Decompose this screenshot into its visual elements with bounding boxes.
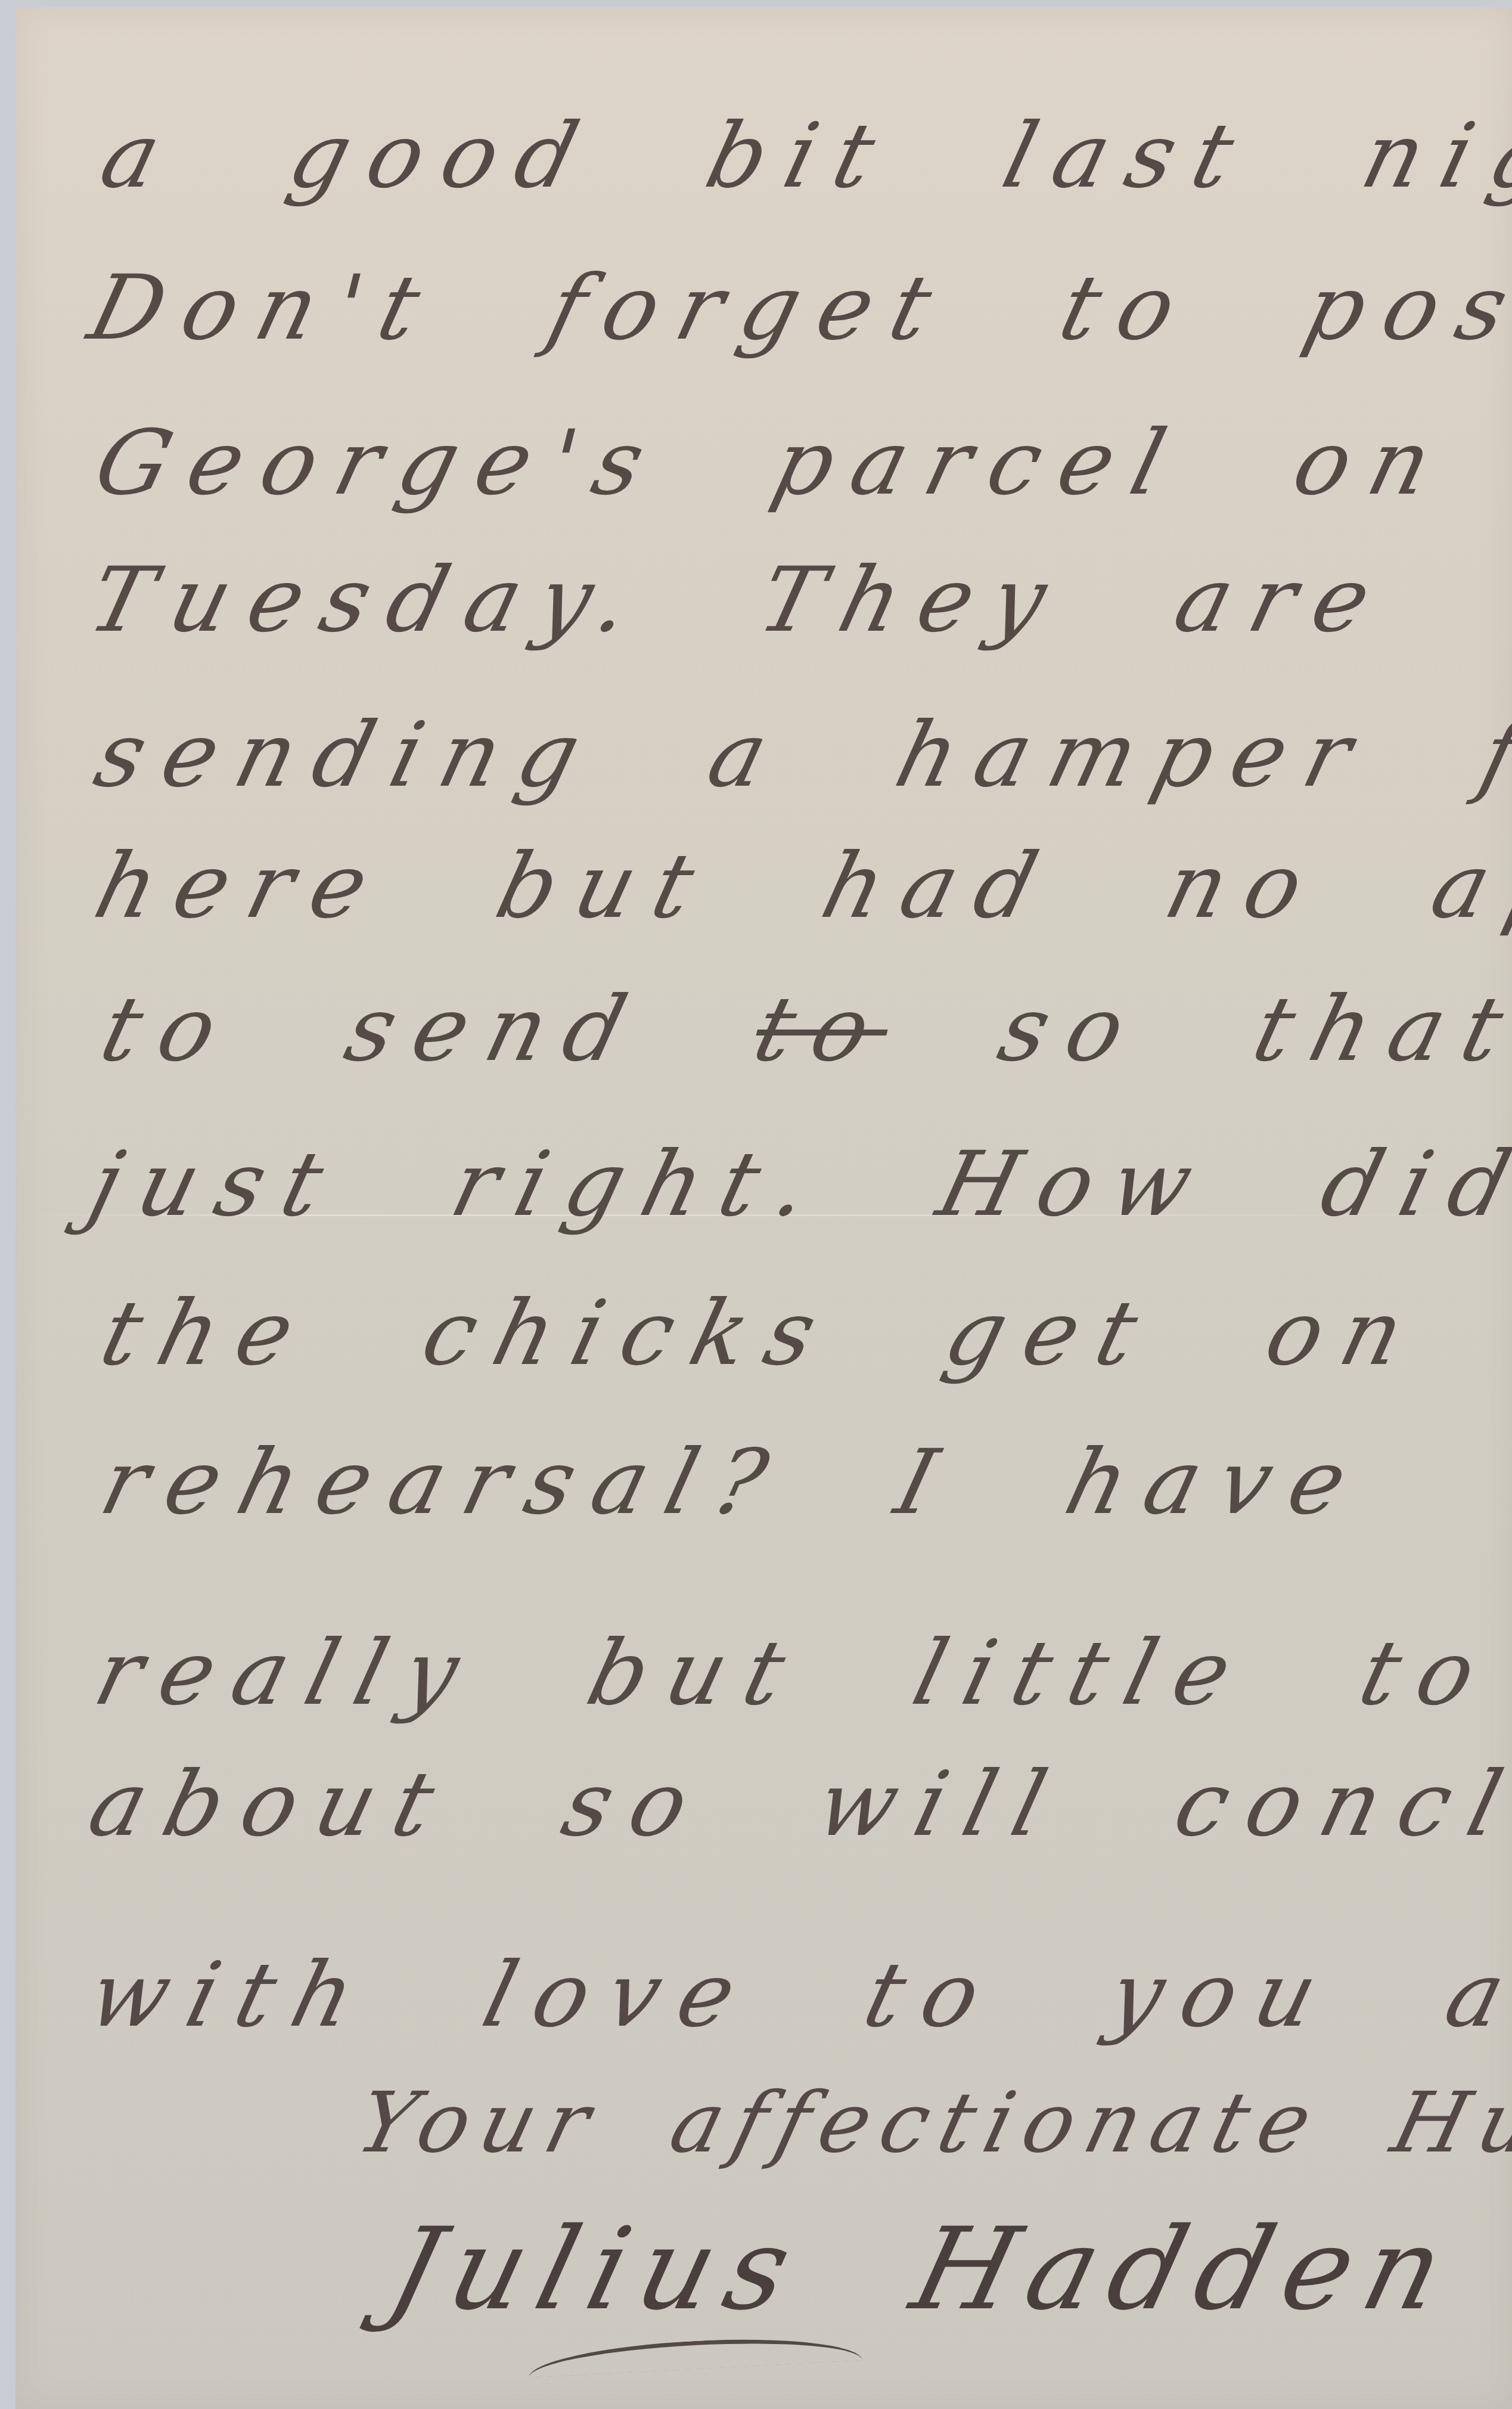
letter-signature: Julius Hadden [379,2213,1468,2326]
struck-out-word: to [744,978,901,1081]
letter-line-7-end: so that is [989,978,1512,1081]
letter-closing: Your affectionate Husband [349,2082,1512,2165]
letter-line-11: really but little to write [87,1629,1512,1718]
letter-line-4: Tuesday. They are [81,556,1399,645]
letter-line-7: to send to so that is [93,985,1512,1074]
letter-line-7-start: to send [91,978,656,1081]
letter-page: a good bit last night. Don't forget to p… [15,7,1512,2409]
letter-line-12: about so will conclude [81,1760,1512,1849]
letter-line-1: a good bit last night. [93,111,1512,201]
letter-line-6: here but had no apples [87,842,1512,931]
letter-line-13: with love to you all [81,1951,1512,2040]
letter-line-8: just right. How did [81,1140,1512,1229]
letter-line-5: sending a hamper from [87,711,1512,800]
letter-line-9: the chicks get on at the [93,1289,1512,1378]
letter-line-2: Don't forget to post [81,263,1512,353]
letter-line-3: George's parcel on [87,418,1460,508]
letter-line-10: rehearsal? I have [93,1438,1375,1527]
signature-underline-flourish [527,2332,862,2377]
